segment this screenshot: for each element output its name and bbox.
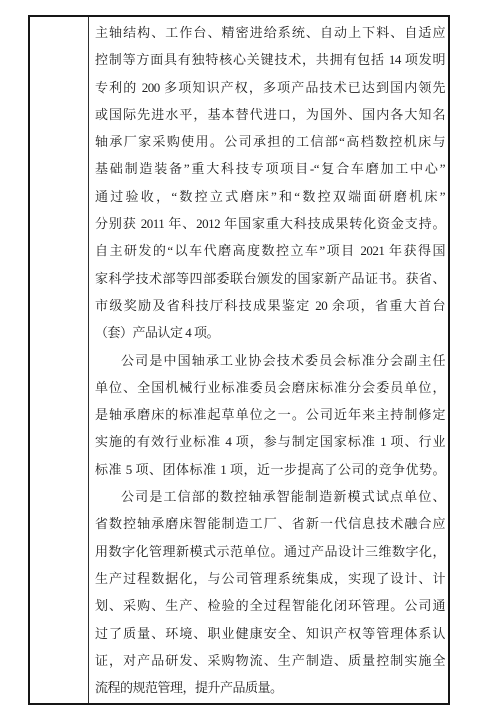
text-line: 公司是中国轴承工业协会技术委员会标准分会副主任 bbox=[95, 347, 445, 374]
document-table: 主轴结构、工作台、精密进给系统、自动上下料、自适应控制等方面具有独特核心关键技术… bbox=[28, 15, 450, 705]
text-line: 单位、全国机械行业标准委员会磨床标准分会委员单位， bbox=[95, 374, 445, 401]
text-line: 划、采购、生产、检验的全过程智能化闭环管理。公司通 bbox=[95, 592, 445, 619]
text-line: 或国际先进水平，基本替代进口，为国外、国内各大知名 bbox=[95, 101, 445, 128]
text-line: 是轴承磨床的标准起草单位之一。公司近年来主持制修定 bbox=[95, 401, 445, 428]
text-line: 实施的有效行业标准 4 项，参与制定国家标准 1 项、行业 bbox=[95, 428, 445, 455]
text-line: 基础制造装备”重大科技专项项目-“复合车磨加工中心” bbox=[95, 155, 445, 182]
text-line: 轴承厂家采购使用。公司承担的工信部“高档数控机床与 bbox=[95, 128, 445, 155]
text-line: 省数控轴承磨床智能制造工厂、省新一代信息技术融合应 bbox=[95, 510, 445, 537]
text-line: 分别获 2011 年、2012 年国家重大科技成果转化资金支持。 bbox=[95, 210, 445, 237]
text-line: 控制等方面具有独特核心关键技术，共拥有包括 14 项发明 bbox=[95, 46, 445, 73]
text-line: 专利的 200 多项知识产权，多项产品技术已达到国内领先 bbox=[95, 74, 445, 101]
table-text-cell: 主轴结构、工作台、精密进给系统、自动上下料、自适应控制等方面具有独特核心关键技术… bbox=[89, 17, 448, 703]
text-line: （套）产品认定 4 项。 bbox=[95, 319, 445, 346]
document-page: 主轴结构、工作台、精密进给系统、自动上下料、自适应控制等方面具有独特核心关键技术… bbox=[0, 0, 486, 721]
text-line: 家科学技术部等四部委联台颁发的国家新产品证书。获省、 bbox=[95, 265, 445, 292]
text-line: 用数字化管理新模式示范单位。通过产品设计三维数字化， bbox=[95, 538, 445, 565]
text-line: 证，对产品研发、采购物流、生产制造、质量控制实施全 bbox=[95, 647, 445, 674]
text-line: 通过验收，“数控立式磨床”和“数控双端面研磨机床” bbox=[95, 183, 445, 210]
text-line: 过了质量、环境、职业健康安全、知识产权等管理体系认 bbox=[95, 620, 445, 647]
text-line: 标准 5 项、团体标准 1 项，近一步提高了公司的竞争优势。 bbox=[95, 456, 445, 483]
text-line: 主轴结构、工作台、精密进给系统、自动上下料、自适应 bbox=[95, 19, 445, 46]
text-line: 自主研发的“以车代磨高度数控立车”项目 2021 年获得国 bbox=[95, 237, 445, 264]
text-line: 市级奖励及省科技厅科技成果鉴定 20 余项，省重大首台 bbox=[95, 292, 445, 319]
text-line: 流程的规范管理，提升产品质量。 bbox=[95, 674, 445, 701]
text-line: 公司是工信部的数控轴承智能制造新模式试点单位、 bbox=[95, 483, 445, 510]
text-line: 生产过程数据化，与公司管理系统集成，实现了设计、计 bbox=[95, 565, 445, 592]
table-left-column bbox=[30, 17, 89, 703]
